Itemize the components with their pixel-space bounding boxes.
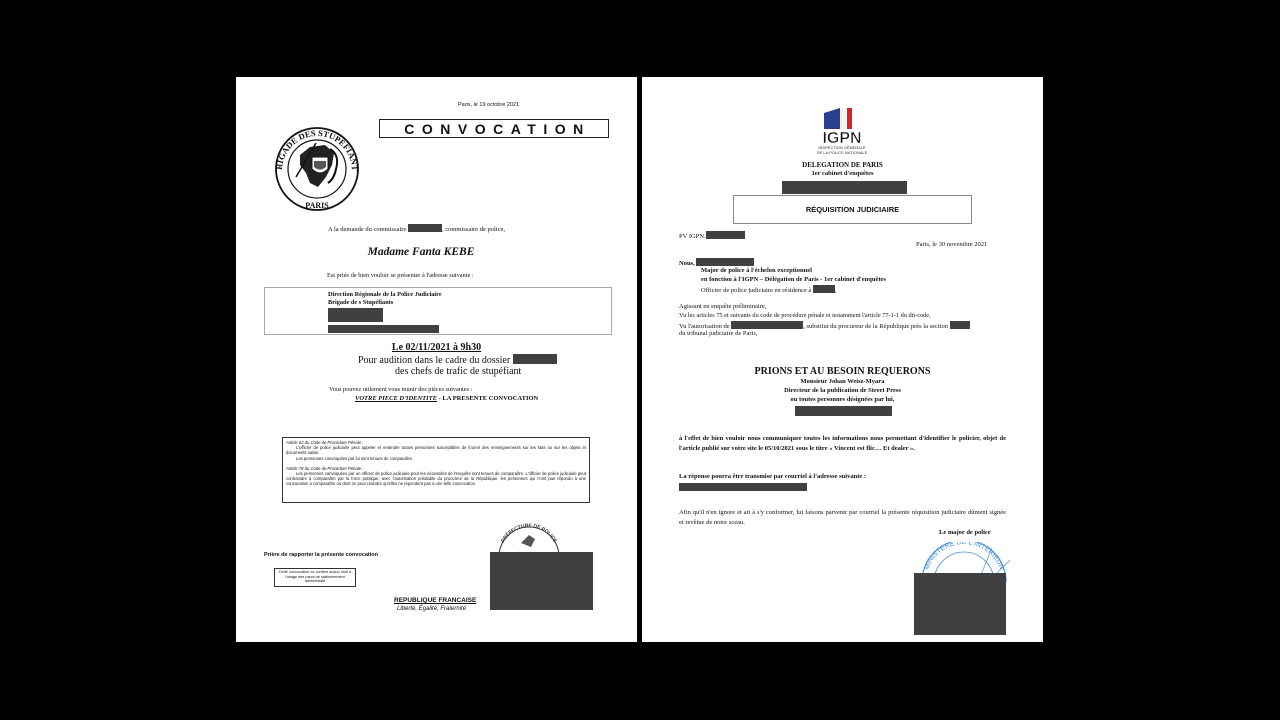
document-title: CONVOCATION: [397, 121, 590, 137]
redacted-officer-name: [696, 258, 754, 266]
requisition-title-box: RÉQUISITION JUDICIAIRE: [733, 195, 972, 224]
republic-motto: Liberté, Égalité, Fraternité: [397, 606, 466, 612]
requisition-title: RÉQUISITION JUDICIAIRE: [806, 205, 899, 214]
svg-text:PARIS: PARIS: [305, 201, 329, 210]
closing-paragraph: Afin qu'il n'en ignore et ait à s'y conf…: [679, 508, 1006, 527]
article-62-paragraph-1: L'officier de police judiciaire peut app…: [286, 445, 586, 455]
officer-rank: Major de police à l'échelon exceptionnel: [701, 267, 812, 274]
redacted-residence: [813, 285, 835, 293]
requisition-date: Paris, le 30 novembre 2021: [916, 241, 987, 248]
purpose-line-2: des chefs de trafic de stupéfiant: [395, 366, 521, 377]
cabinet-title: 1er cabinet d'enquêtes: [642, 170, 1043, 177]
signatory: Le major de police: [939, 529, 991, 536]
invitation-text: Est priée de bien vouloir se présenter à…: [327, 272, 474, 279]
redacted-case-number: [513, 354, 557, 364]
nous-line: Nous,: [679, 258, 754, 267]
purpose-line-1: Pour audition dans le cadre du dossier: [358, 354, 557, 366]
pv-reference: PV IGPN.: [679, 231, 745, 240]
parking-notice: Cette convocation ne confère aucun droit…: [274, 568, 356, 587]
request-line: A la demande du commissaire , commissair…: [328, 224, 505, 233]
addressee-name: Madame Fanta KEBE: [236, 246, 566, 258]
articles-line: Vu les articles 75 et suivants du code d…: [679, 312, 931, 319]
svg-text:DE LA POLICE NATIONALE: DE LA POLICE NATIONALE: [817, 150, 868, 155]
redacted-email: [679, 483, 807, 491]
documents-list: VOTRE PIECE D'IDENTITE - LA PRESENTE CON…: [355, 395, 538, 402]
request-paragraph: à l'effet de bien vouloir nous communiqu…: [679, 434, 1006, 453]
redacted-signature-stamp: [914, 573, 1006, 635]
recipient-role: Directeur de la publication de Street Pr…: [642, 387, 1043, 394]
return-notice: Prière de rapporter la présente convocat…: [264, 552, 378, 558]
authorisation-line: Vu l'autorisation de , substitut du proc…: [679, 321, 970, 330]
address-line-2: Brigade de s Stupéfiants: [328, 299, 393, 306]
redacted-reference: [782, 181, 907, 194]
recipient-name: Monsieur Johan Weisz-Myara: [642, 378, 1043, 385]
documents-intro: Vous pouvez utilement vous munir des piè…: [329, 386, 472, 393]
article-78-paragraph: Les personnes convoquées par un officier…: [286, 471, 586, 487]
redacted-commissioner: [408, 224, 442, 232]
legal-articles-box: Article 62 du Code de Procédure Pénale :…: [282, 437, 590, 503]
redacted-section: [950, 321, 970, 329]
appointment-date: Le 02/11/2021 à 9h30: [236, 342, 637, 353]
requisition-document: IGPN INSPECTION GÉNÉRALE DE LA POLICE NA…: [642, 77, 1043, 642]
prefecture-stamp-icon: PRÉFECTURE DE POLICE Sceau et Signature: [491, 517, 566, 557]
svg-text:MINISTERE DE L'INTERIEUR: MINISTERE DE L'INTERIEUR: [923, 542, 1005, 571]
address-line-1: Direction Régionale de la Police Judicia…: [328, 291, 442, 298]
redacted-signature: [490, 552, 593, 610]
opj-line: Officier de police judiciaire en résiden…: [701, 285, 837, 294]
brigade-seal-icon: BRIGADE DES STUPÉFIANTS PARIS: [270, 125, 364, 211]
redacted-address-3: [328, 308, 383, 322]
place-date: Paris, le 19 octobre 2021: [458, 102, 519, 108]
officer-function: en fonction à l'IGPN – Délégation de Par…: [701, 276, 886, 283]
delegation-title: DELEGATION DE PARIS: [642, 161, 1043, 169]
igpn-logo-icon: IGPN INSPECTION GÉNÉRALE DE LA POLICE NA…: [814, 105, 870, 157]
response-line: La réponse pourra être transmise par cou…: [679, 473, 866, 480]
requisition-heading: PRIONS ET AU BESOIN REQUERONS: [642, 366, 1043, 377]
republic-label: REPUBLIQUE FRANCAISE: [394, 597, 476, 604]
redacted-recipient-extra: [795, 406, 892, 416]
redacted-prosecutor: [731, 321, 803, 329]
convocation-document: Paris, le 19 octobre 2021 CONVOCATION BR…: [236, 77, 637, 642]
redacted-address-4: [328, 325, 439, 333]
tribunal-line: du tribunal judiciaire de Paris,: [679, 330, 758, 337]
preliminary-line: Agissant en enquête préliminaire,: [679, 303, 766, 310]
redacted-pv-number: [706, 231, 745, 239]
title-box: CONVOCATION: [379, 119, 609, 138]
recipient-alternative: ou toutes personnes désignées par lui,: [642, 396, 1043, 403]
